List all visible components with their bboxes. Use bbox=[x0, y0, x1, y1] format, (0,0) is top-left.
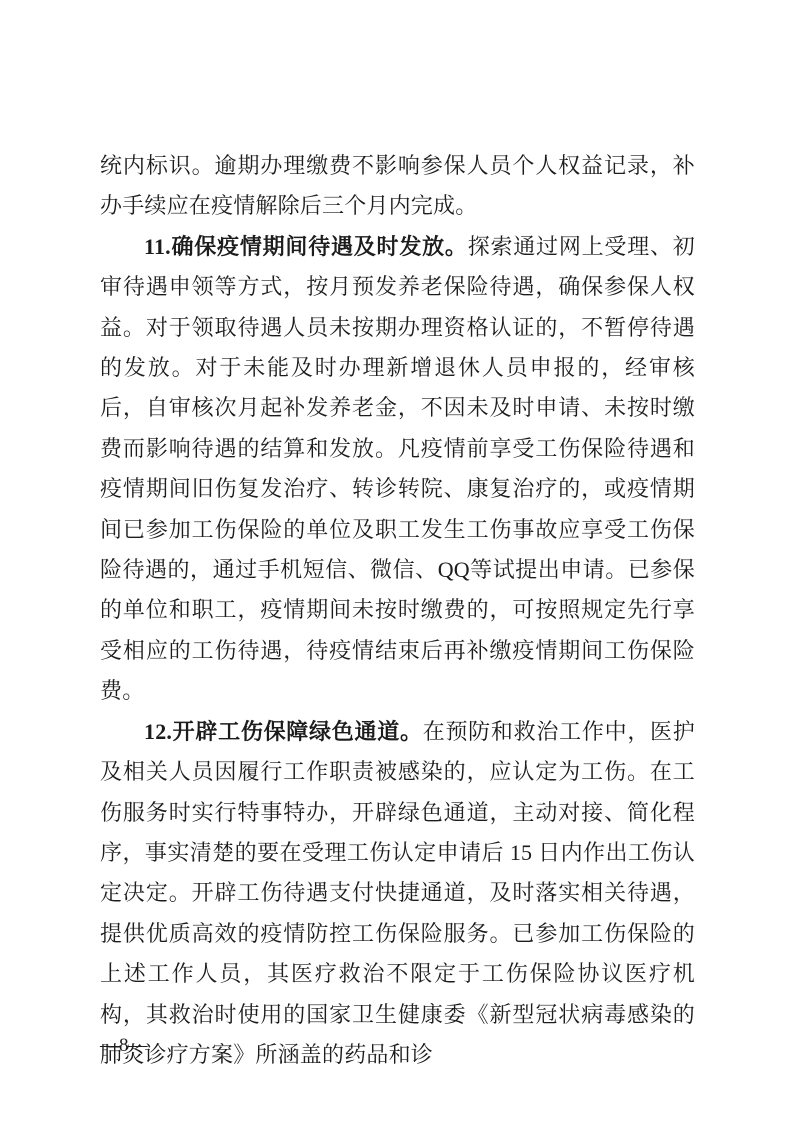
paragraph-item-12: 12.开辟工伤保障绿色通道。在预防和救治工作中，医护及相关人员因履行工作职责被感… bbox=[100, 712, 695, 1076]
document-page: 统内标识。逾期办理缴费不影响参保人员个人权益记录，补办手续应在疫情解除后三个月内… bbox=[0, 0, 793, 1122]
paragraph-lead-bold: 11.确保疫情期间待遇及时发放。 bbox=[144, 234, 468, 259]
paragraph-continuation: 统内标识。逾期办理缴费不影响参保人员个人权益记录，补办手续应在疫情解除后三个月内… bbox=[100, 146, 695, 227]
paragraph-lead-bold: 12.开辟工伤保障绿色通道。 bbox=[144, 719, 423, 744]
document-body: 统内标识。逾期办理缴费不影响参保人员个人权益记录，补办手续应在疫情解除后三个月内… bbox=[100, 146, 695, 1075]
paragraph-text: 探索通过网上受理、初审待遇申领等方式，按月预发养老保险待遇，确保参保人权益。对于… bbox=[100, 234, 695, 703]
paragraph-item-11: 11.确保疫情期间待遇及时发放。探索通过网上受理、初审待遇申领等方式，按月预发养… bbox=[100, 227, 695, 712]
paragraph-text: 统内标识。逾期办理缴费不影响参保人员个人权益记录，补办手续应在疫情解除后三个月内… bbox=[100, 153, 695, 218]
page-number: —8— bbox=[100, 1034, 148, 1058]
paragraph-text: 在预防和救治工作中，医护及相关人员因履行工作职责被感染的，应认定为工伤。在工伤服… bbox=[100, 719, 695, 1067]
